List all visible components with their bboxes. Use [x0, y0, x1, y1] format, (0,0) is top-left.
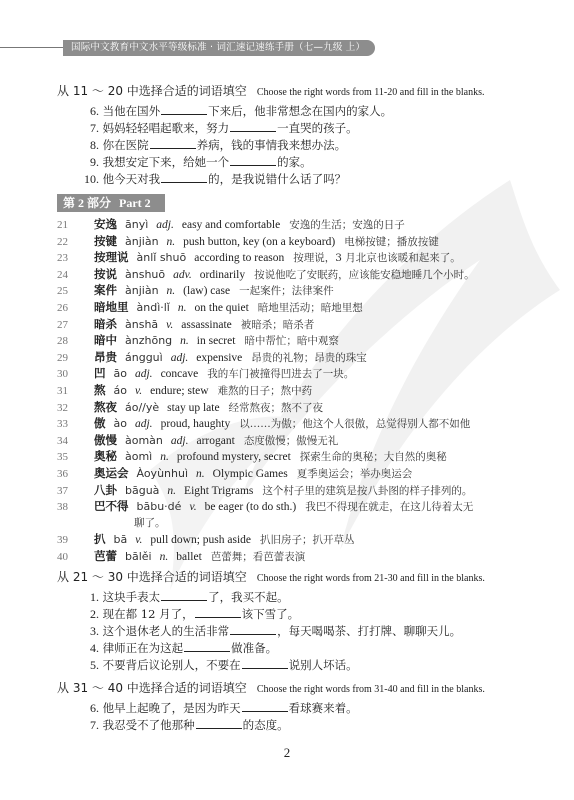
- pinyin: ànjiàn: [125, 284, 159, 297]
- example-phrases: 安逸的生活；安逸的日子: [289, 219, 405, 231]
- headword: 巴不得: [94, 499, 129, 513]
- example-phrases: 扒旧房子；扒开草丛: [260, 534, 355, 546]
- english-gloss: endure; stew: [150, 385, 208, 397]
- heading-zh: 从 31 ～ 40 中选择合适的词语填空: [57, 681, 247, 695]
- answer-blank[interactable]: [161, 102, 207, 115]
- vocab-entry: 30凹āoadj.concave我的车门被撞得凹进去了一块。: [57, 365, 354, 381]
- vocab-entry: 38巴不得bābu·dév.be eager (to do sth.)我巴不得现…: [57, 498, 473, 514]
- answer-blank[interactable]: [150, 136, 196, 149]
- part-of-speech: n.: [196, 468, 205, 480]
- english-gloss: push button, key (on a keyboard): [183, 236, 335, 248]
- entry-number: 28: [57, 333, 94, 349]
- part-of-speech: adj.: [171, 435, 189, 447]
- pinyin: bābu·dé: [137, 500, 182, 513]
- english-gloss: easy and comfortable: [182, 219, 280, 231]
- entry-number: 26: [57, 300, 94, 316]
- heading-en: Choose the right words from 31-40 and fi…: [257, 684, 485, 695]
- header-title-banner: 国际中文教育中文水平等级标准 · 词汇速记速练手册（七—九级 上）: [63, 40, 375, 56]
- vocab-entry: 26暗地里àndì·lǐn.on the quiet暗地里活动；暗地里想: [57, 299, 363, 315]
- answer-blank[interactable]: [230, 622, 276, 635]
- part-of-speech: n.: [167, 236, 176, 248]
- part-of-speech: v.: [166, 319, 173, 331]
- entry-number: 33: [57, 416, 94, 432]
- headword: 暗地里: [94, 300, 129, 314]
- english-gloss: (law) case: [183, 285, 230, 297]
- headword: 芭蕾: [94, 549, 117, 563]
- vocab-entry: 28暗中ànzhōngn.in secret暗中帮忙；暗中观察: [57, 332, 339, 348]
- answer-blank[interactable]: [184, 639, 230, 652]
- headword: 傲: [94, 416, 106, 430]
- page-number: 2: [0, 745, 574, 761]
- answer-blank[interactable]: [161, 588, 207, 601]
- headword: 扒: [94, 532, 106, 546]
- example-phrases: 经常熬夜；熬不了夜: [229, 402, 324, 414]
- headword: 按键: [94, 234, 117, 248]
- vocab-entry: 37八卦bāguàn.Eight Trigrams这个村子里的建筑是按八卦图的样…: [57, 482, 472, 498]
- vocab-entry: 24按说ànshuōadv.ordinarily按说他吃了安眠药，应该能安稳地睡…: [57, 266, 475, 282]
- exercise-item: 7. 我忍受不了他那种的态度。: [90, 716, 289, 733]
- exercise-item: 1. 这块手表太了，我买不起。: [90, 588, 289, 605]
- exercise-item: 9. 我想安定下来，给她一个的家。: [90, 153, 312, 170]
- example-continuation: 聊了。: [134, 515, 166, 530]
- english-gloss: profound mystery, secret: [177, 451, 291, 463]
- entry-number: 38: [57, 499, 94, 515]
- example-phrases: 芭蕾舞；看芭蕾表演: [211, 551, 306, 563]
- entry-number: 40: [57, 549, 94, 565]
- vocab-entry: 36奥运会Àoyùnhuìn.Olympic Games夏季奥运会；举办奥运会: [57, 465, 412, 481]
- vocab-entry: 32熬夜áo//yèstay up late经常熬夜；熬不了夜: [57, 399, 323, 415]
- example-phrases: 电梯按键；播放按键: [344, 236, 439, 248]
- english-gloss: be eager (to do sth.): [205, 501, 297, 513]
- example-phrases: 探索生命的奥秘；大自然的奥秘: [300, 451, 447, 463]
- answer-blank[interactable]: [161, 170, 207, 183]
- vocab-entry: 33傲àoadj.proud, haughty以……为傲；他这个人很傲，总觉得别…: [57, 415, 470, 431]
- headword: 昂贵: [94, 350, 117, 364]
- part-badge: 第 2 部分Part 2: [57, 194, 165, 212]
- english-gloss: ordinarily: [200, 269, 245, 281]
- english-gloss: expensive: [196, 352, 242, 364]
- part-of-speech: v.: [189, 501, 196, 513]
- pinyin: àomì: [125, 450, 152, 463]
- pinyin: ānyì: [125, 218, 148, 231]
- vocab-entry: 35奥秘àomìn.profound mystery, secret探索生命的奥…: [57, 448, 447, 464]
- example-phrases: 态度傲慢；傲慢无礼: [244, 435, 339, 447]
- vocab-entry: 34傲慢àomànadj.arrogant态度傲慢；傲慢无礼: [57, 432, 338, 448]
- part-of-speech: adj.: [135, 368, 153, 380]
- english-gloss: pull down; push aside: [150, 534, 251, 546]
- example-phrases: 按理说，3 月北京也该暖和起来了。: [293, 252, 461, 264]
- example-phrases: 暗中帮忙；暗中观察: [244, 335, 339, 347]
- header-rule: [0, 47, 64, 48]
- english-gloss: on the quiet: [195, 302, 249, 314]
- example-phrases: 这个村子里的建筑是按八卦图的样子排列的。: [262, 485, 472, 497]
- pinyin: Àoyùnhuì: [137, 467, 189, 480]
- heading-en: Choose the right words from 21-30 and fi…: [257, 573, 485, 584]
- entry-number: 37: [57, 483, 94, 499]
- part-of-speech: n.: [178, 302, 187, 314]
- heading-zh: 从 11 ～ 20 中选择合适的词语填空: [57, 84, 247, 98]
- vocab-entry: 31熬áov.endure; stew难熬的日子；熬中药: [57, 382, 312, 398]
- part-of-speech: n.: [160, 551, 169, 563]
- part-of-speech: v.: [135, 385, 142, 397]
- entry-number: 23: [57, 250, 94, 266]
- example-phrases: 以……为傲；他这个人很傲，总觉得别人都不如他: [239, 418, 470, 430]
- vocab-entry: 27暗杀ànshāv.assassinate被暗杀；暗杀者: [57, 316, 314, 332]
- pinyin: àomàn: [125, 434, 163, 447]
- vocab-entry: 22按键ànjiànn.push button, key (on a keybo…: [57, 233, 439, 249]
- headword: 熬: [94, 383, 106, 397]
- vocab-entry: 21安逸ānyìadj.easy and comfortable安逸的生活；安逸…: [57, 216, 405, 232]
- part-of-speech: n.: [160, 451, 169, 463]
- example-phrases: 昂贵的礼物；昂贵的珠宝: [251, 352, 367, 364]
- example-phrases: 我巴不得现在就走，在这儿待着太无: [305, 501, 473, 513]
- headword: 按说: [94, 267, 117, 281]
- exercise-heading-31-40: 从 31 ～ 40 中选择合适的词语填空Choose the right wor…: [57, 679, 485, 696]
- english-gloss: ballet: [176, 551, 202, 563]
- entry-number: 30: [57, 366, 94, 382]
- part-of-speech: adj.: [171, 352, 189, 364]
- headword: 暗杀: [94, 317, 117, 331]
- english-gloss: proud, haughty: [161, 418, 231, 430]
- english-gloss: assassinate: [181, 319, 231, 331]
- answer-blank[interactable]: [230, 119, 276, 132]
- pinyin: āo: [114, 367, 127, 380]
- exercise-item: 7. 妈妈轻轻唱起歌来，努力一直哭的孩子。: [90, 119, 358, 136]
- vocab-entry: 39扒bāv.pull down; push aside扒旧房子；扒开草丛: [57, 531, 355, 547]
- headword: 傲慢: [94, 433, 117, 447]
- exercise-item: 10. 他今天对我的，是我说错什么话了吗？: [84, 170, 346, 187]
- heading-zh: 从 21 ～ 30 中选择合适的词语填空: [57, 570, 247, 584]
- headword: 案件: [94, 283, 117, 297]
- english-gloss: concave: [161, 368, 199, 380]
- english-gloss: Eight Trigrams: [184, 485, 253, 497]
- entry-number: 34: [57, 433, 94, 449]
- entry-number: 21: [57, 217, 94, 233]
- pinyin: ànjiàn: [125, 235, 159, 248]
- example-phrases: 一起案件；法律案件: [239, 285, 334, 297]
- headword: 熬夜: [94, 400, 117, 414]
- entry-number: 24: [57, 267, 94, 283]
- heading-en: Choose the right words from 11-20 and fi…: [257, 87, 485, 98]
- exercise-heading-21-30: 从 21 ～ 30 中选择合适的词语填空Choose the right wor…: [57, 568, 485, 585]
- part-of-speech: adv.: [173, 269, 192, 281]
- pinyin: bālěi: [125, 550, 152, 563]
- vocab-entry: 25案件ànjiànn.(law) case一起案件；法律案件: [57, 282, 334, 298]
- example-phrases: 按说他吃了安眠药，应该能安稳地睡几个小时。: [254, 269, 475, 281]
- pinyin: ànlǐ shuō: [137, 251, 187, 264]
- part-of-speech: adj.: [156, 219, 174, 231]
- english-gloss: arrogant: [196, 435, 234, 447]
- headword: 按理说: [94, 250, 129, 264]
- headword: 安逸: [94, 217, 117, 231]
- english-gloss: Olympic Games: [213, 468, 288, 480]
- answer-blank[interactable]: [195, 605, 241, 618]
- pinyin: ào: [114, 417, 127, 430]
- example-phrases: 被暗杀；暗杀者: [241, 319, 315, 331]
- example-phrases: 难熬的日子；熬中药: [218, 385, 313, 397]
- answer-blank[interactable]: [230, 153, 276, 166]
- exercise-item: 2. 现在都 12 月了，该下雪了。: [90, 605, 299, 622]
- example-phrases: 暗地里活动；暗地里想: [258, 302, 363, 314]
- exercise-item: 6. 当他在国外下来后，他非常想念在国内的家人。: [90, 102, 392, 119]
- answer-blank[interactable]: [196, 716, 242, 729]
- exercise-item: 6. 他早上起晚了，是因为昨天看球赛来着。: [90, 699, 358, 716]
- example-phrases: 我的车门被撞得凹进去了一块。: [207, 368, 354, 380]
- pinyin: ànshuō: [125, 268, 165, 281]
- entry-number: 22: [57, 234, 94, 250]
- entry-number: 32: [57, 400, 94, 416]
- entry-number: 36: [57, 466, 94, 482]
- part-of-speech: n.: [180, 335, 189, 347]
- headword: 八卦: [94, 483, 117, 497]
- english-gloss: stay up late: [167, 402, 219, 414]
- exercise-heading-11-20: 从 11 ～ 20 中选择合适的词语填空Choose the right wor…: [57, 82, 484, 99]
- pinyin: áo//yè: [125, 401, 159, 414]
- entry-number: 25: [57, 283, 94, 299]
- headword: 暗中: [94, 333, 117, 347]
- exercise-item: 4. 律师正在为这起做准备。: [90, 639, 277, 656]
- entry-number: 27: [57, 317, 94, 333]
- entry-number: 29: [57, 350, 94, 366]
- part-of-speech: n.: [167, 285, 176, 297]
- answer-blank[interactable]: [242, 699, 288, 712]
- headword: 奥运会: [94, 466, 129, 480]
- pinyin: ànzhōng: [125, 334, 172, 347]
- english-gloss: according to reason: [194, 252, 284, 264]
- vocab-entry: 23按理说ànlǐ shuōaccording to reason按理说，3 月…: [57, 249, 461, 265]
- answer-blank[interactable]: [242, 656, 288, 669]
- headword: 凹: [94, 366, 106, 380]
- pinyin: bā: [114, 533, 128, 546]
- part-of-speech: adj.: [135, 418, 153, 430]
- vocab-entry: 40芭蕾bālěin.ballet芭蕾舞；看芭蕾表演: [57, 548, 305, 564]
- pinyin: àndì·lǐ: [137, 301, 170, 314]
- pinyin: ángguì: [125, 351, 163, 364]
- example-phrases: 夏季奥运会；举办奥运会: [297, 468, 413, 480]
- vocab-entry: 29昂贵ángguìadj.expensive昂贵的礼物；昂贵的珠宝: [57, 349, 367, 365]
- exercise-item: 5. 不要背后议论别人，不要在说别人坏话。: [90, 656, 358, 673]
- entry-number: 35: [57, 449, 94, 465]
- entry-number: 31: [57, 383, 94, 399]
- entry-number: 39: [57, 532, 94, 548]
- part-of-speech: n.: [167, 485, 176, 497]
- part-of-speech: v.: [135, 534, 142, 546]
- pinyin: ànshā: [125, 318, 158, 331]
- english-gloss: in secret: [197, 335, 236, 347]
- exercise-item: 8. 你在医院养病，钱的事情我来想办法。: [90, 136, 346, 153]
- headword: 奥秘: [94, 449, 117, 463]
- exercise-item: 3. 这个退休老人的生活非常，每天喝喝茶、打打牌、聊聊天儿。: [90, 622, 461, 639]
- pinyin: áo: [114, 384, 127, 397]
- pinyin: bāguà: [125, 484, 159, 497]
